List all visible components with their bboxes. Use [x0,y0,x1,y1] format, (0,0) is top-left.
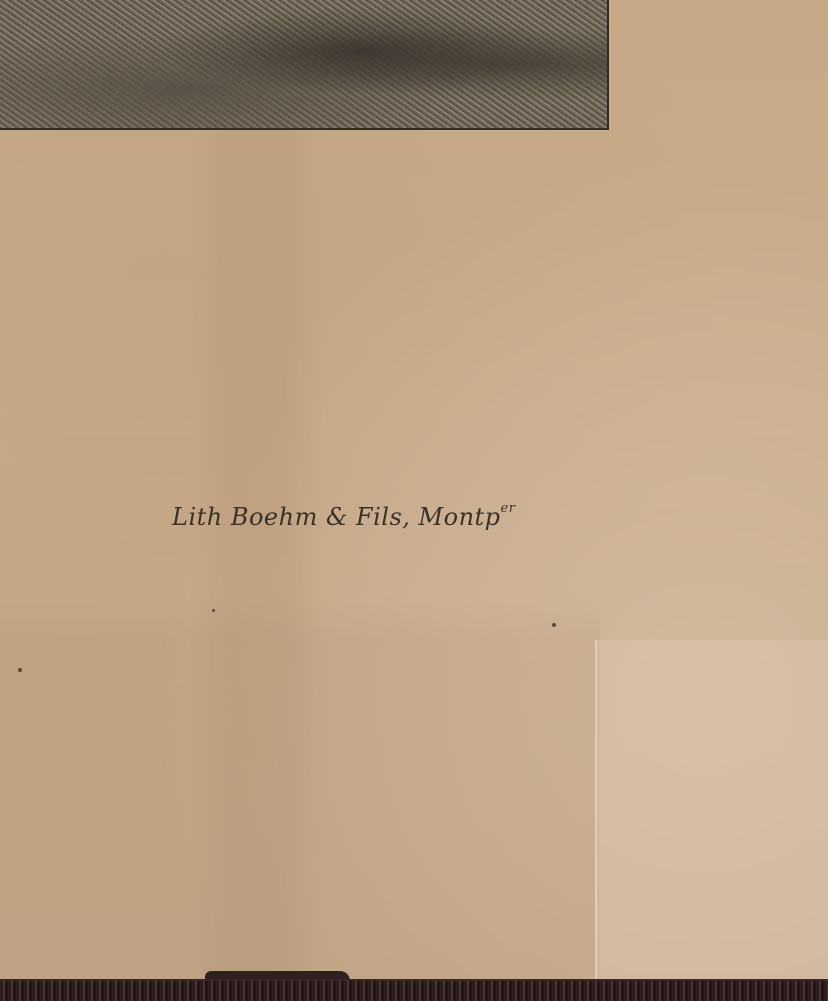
picture-frame-edge [0,979,828,1001]
paper-discoloration-lower [0,600,600,981]
paper-light-patch [595,640,828,981]
printer-inscription: Lith Boehm & Fils, Montper [172,503,515,531]
inscription-text: Lith Boehm & Fils, Montp [172,503,501,531]
paper-speck [18,668,22,672]
paper-speck [212,609,215,612]
engraving-image-edge [0,0,609,130]
paper-speck [552,623,556,627]
inscription-superscript: er [501,501,516,516]
